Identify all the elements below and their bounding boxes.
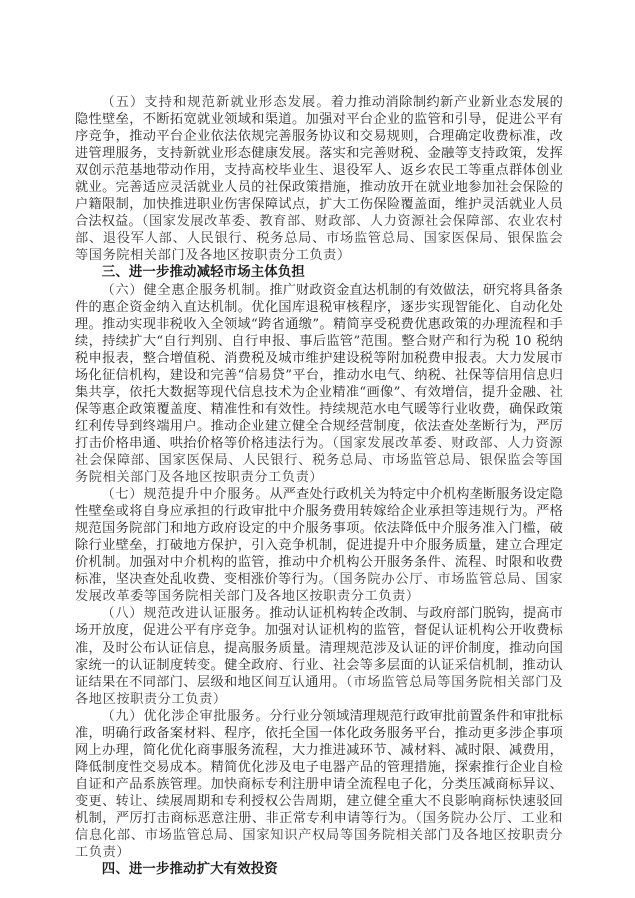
paragraph-9: （九）优化涉企审批服务。分行业分领域清理规范行政审批前置条件和审批标准，明确行政… bbox=[75, 708, 563, 861]
paragraph-lead: （七）规范提升中介服务。 bbox=[101, 487, 269, 502]
paragraph-7: （七）规范提升中介服务。从严查处行政机关为特定中介机构垄断服务设定隐性壁垒或将自… bbox=[75, 486, 563, 605]
paragraph-lead: （六）健全惠企服务机制。 bbox=[101, 283, 269, 298]
paragraph-6: （六）健全惠企服务机制。推广财政资金直达机制的有效做法，研究将具备条件的惠企资金… bbox=[75, 282, 563, 487]
paragraph-lead: （八）规范改进认证服务。 bbox=[101, 606, 269, 621]
paragraph-5: （五）支持和规范新就业形态发展。着力推动消除制约新产业新业态发展的隐性壁垒，不断… bbox=[75, 94, 563, 264]
responsibility-note: （国家发展改革委、教育部、财政部、人力资源社会保障部、农业农村部、退役军人部、人… bbox=[75, 214, 563, 263]
document-page: （五）支持和规范新就业形态发展。着力推动消除制约新产业新业态发展的隐性壁垒，不断… bbox=[75, 94, 563, 878]
paragraph-body: 着力推动消除制约新产业新业态发展的隐性壁垒，不断拓宽就业领域和渠道。加强对平台企… bbox=[75, 95, 563, 229]
section-heading-4: 四、进一步推动扩大有效投资 bbox=[75, 861, 563, 878]
section-heading-3: 三、进一步推动减轻市场主体负担 bbox=[75, 264, 563, 281]
paragraph-lead: （九）优化涉企审批服务。 bbox=[101, 709, 269, 724]
paragraph-8: （八）规范改进认证服务。推动认证机构转企改制、与政府部门脱钩，提高市场开放度，促… bbox=[75, 605, 563, 707]
paragraph-lead: （五）支持和规范新就业形态发展。 bbox=[101, 95, 330, 110]
paragraph-body: 分行业分领域清理规范行政审批前置条件和审批标准，明确行政备案材料、程序，依托全国… bbox=[75, 709, 563, 826]
paragraph-body: 推广财政资金直达机制的有效做法，研究将具备条件的惠企资金纳入直达机制。优化国库退… bbox=[75, 283, 563, 451]
